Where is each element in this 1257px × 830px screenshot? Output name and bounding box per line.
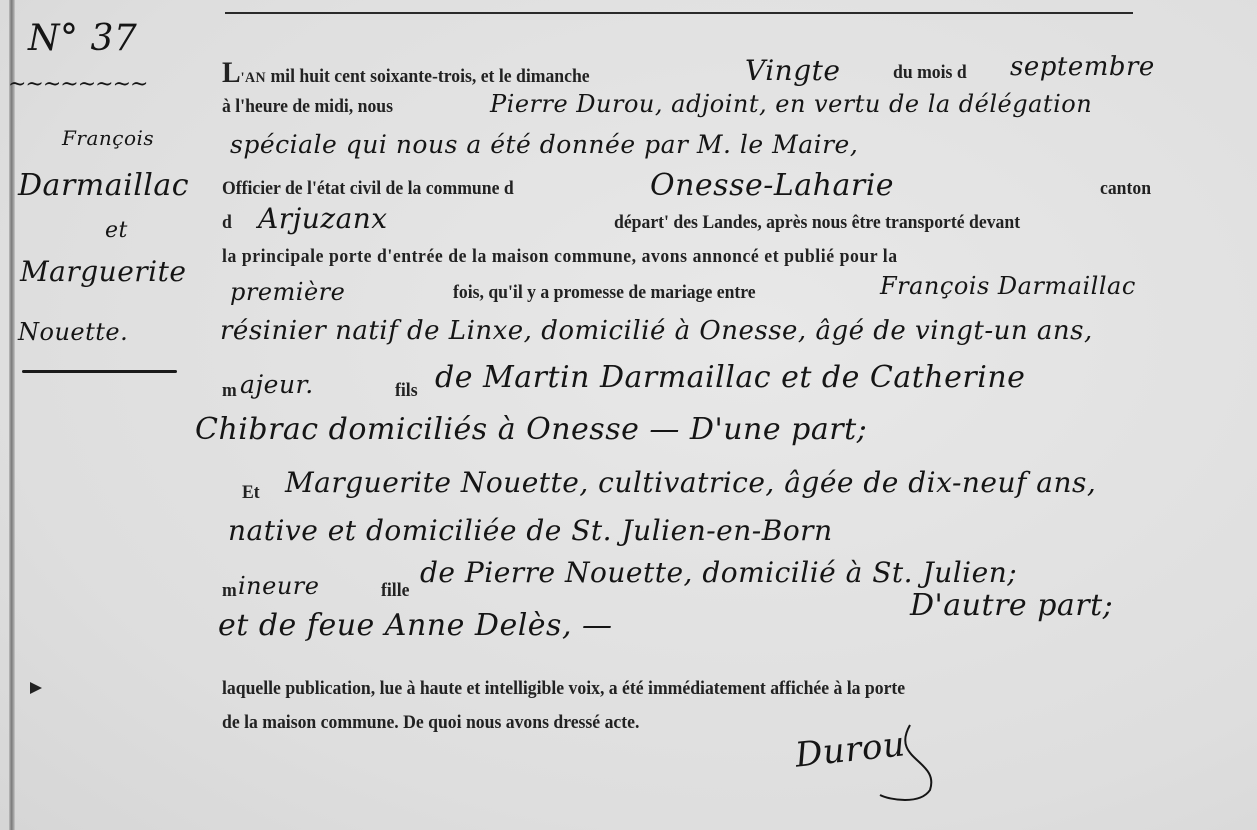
line-5-canton: Arjuzanx [258, 202, 388, 235]
binding-edge [9, 0, 15, 830]
arrow-marker-icon [30, 682, 42, 694]
line-9-parents: de Martin Darmaillac et de Catherine [435, 360, 1025, 395]
margin-groom-surname: Darmaillac [18, 168, 189, 203]
line-5-printed-b: départ' des Landes, après nous être tran… [614, 212, 1020, 234]
line-13-father: de Pierre Nouette, domicilié à St. Julie… [420, 556, 1017, 589]
line-8-groom-details: résinier natif de Linxe, domicilié à One… [220, 316, 1093, 346]
margin-bride-given: Marguerite [20, 255, 186, 288]
drop-cap: L [222, 56, 241, 89]
line-5-printed-a: d [222, 212, 232, 234]
line-7-groom: François Darmaillac [880, 272, 1136, 300]
line-4-printed-b: canton [1100, 178, 1151, 200]
line-15-printed: laquelle publication, lue à haute et int… [222, 678, 905, 700]
line-11-printed: Et [242, 482, 260, 504]
line-2-printed: à l'heure de midi, nous [222, 96, 393, 118]
line-12-bride-origin: native et domiciliée de St. Julien-en-Bo… [228, 514, 833, 547]
line-6-printed: la principale porte d'entrée de la maiso… [222, 246, 898, 268]
line-11-bride: Marguerite Nouette, cultivatrice, âgée d… [285, 466, 1096, 499]
line-3-delegation: spéciale qui nous a été donnée par M. le… [230, 130, 858, 159]
line-7-ordinal: première [230, 278, 345, 306]
line-13-mineure: ineure [238, 572, 319, 600]
small-caps: 'AN [241, 70, 266, 86]
margin-conjunction: et [105, 218, 128, 243]
line-1-text: mil huit cent soixante-trois, et le dima… [266, 66, 590, 87]
line-14-mother: et de feue Anne Delès, — [218, 608, 613, 643]
line-7-printed: fois, qu'il y a promesse de mariage entr… [453, 282, 756, 304]
line-1-day: Vingte [745, 54, 840, 87]
margin-underline [22, 370, 177, 373]
margin-groom-given: François [62, 126, 154, 150]
line-13-printed-a: m [222, 580, 237, 602]
line-9-majeur: ajeur. [240, 370, 314, 399]
margin-bride-surname: Nouette. [18, 318, 128, 346]
line-9-printed-a: m [222, 380, 237, 402]
top-rule-divider [225, 12, 1133, 14]
entry-number: N° 37 [28, 18, 137, 59]
register-page: N° 37 ~~~~~~~~ François Darmaillac et Ma… [0, 0, 1257, 830]
line-2-officer: Pierre Durou, adjoint, en vertu de la dé… [490, 90, 1092, 118]
line-4-commune: Onesse-Laharie [650, 168, 894, 203]
line-10-mother: Chibrac domiciliés à Onesse — D'une part… [195, 412, 867, 447]
margin-flourish: ~~~~~~~~ [8, 72, 147, 97]
signature-flourish-icon [790, 720, 970, 810]
line-9-printed-b: fils [395, 380, 418, 402]
line-1-printed-b: du mois d [893, 62, 967, 84]
line-1-printed-a: L'AN mil huit cent soixante-trois, et le… [222, 56, 590, 90]
line-14-closing: D'autre part; [910, 588, 1113, 623]
line-16-printed: de la maison commune. De quoi nous avons… [222, 712, 639, 734]
line-1-month: septembre [1010, 52, 1155, 82]
line-4-printed-a: Officier de l'état civil de la commune d [222, 178, 514, 200]
line-13-printed-b: fille [381, 580, 409, 602]
